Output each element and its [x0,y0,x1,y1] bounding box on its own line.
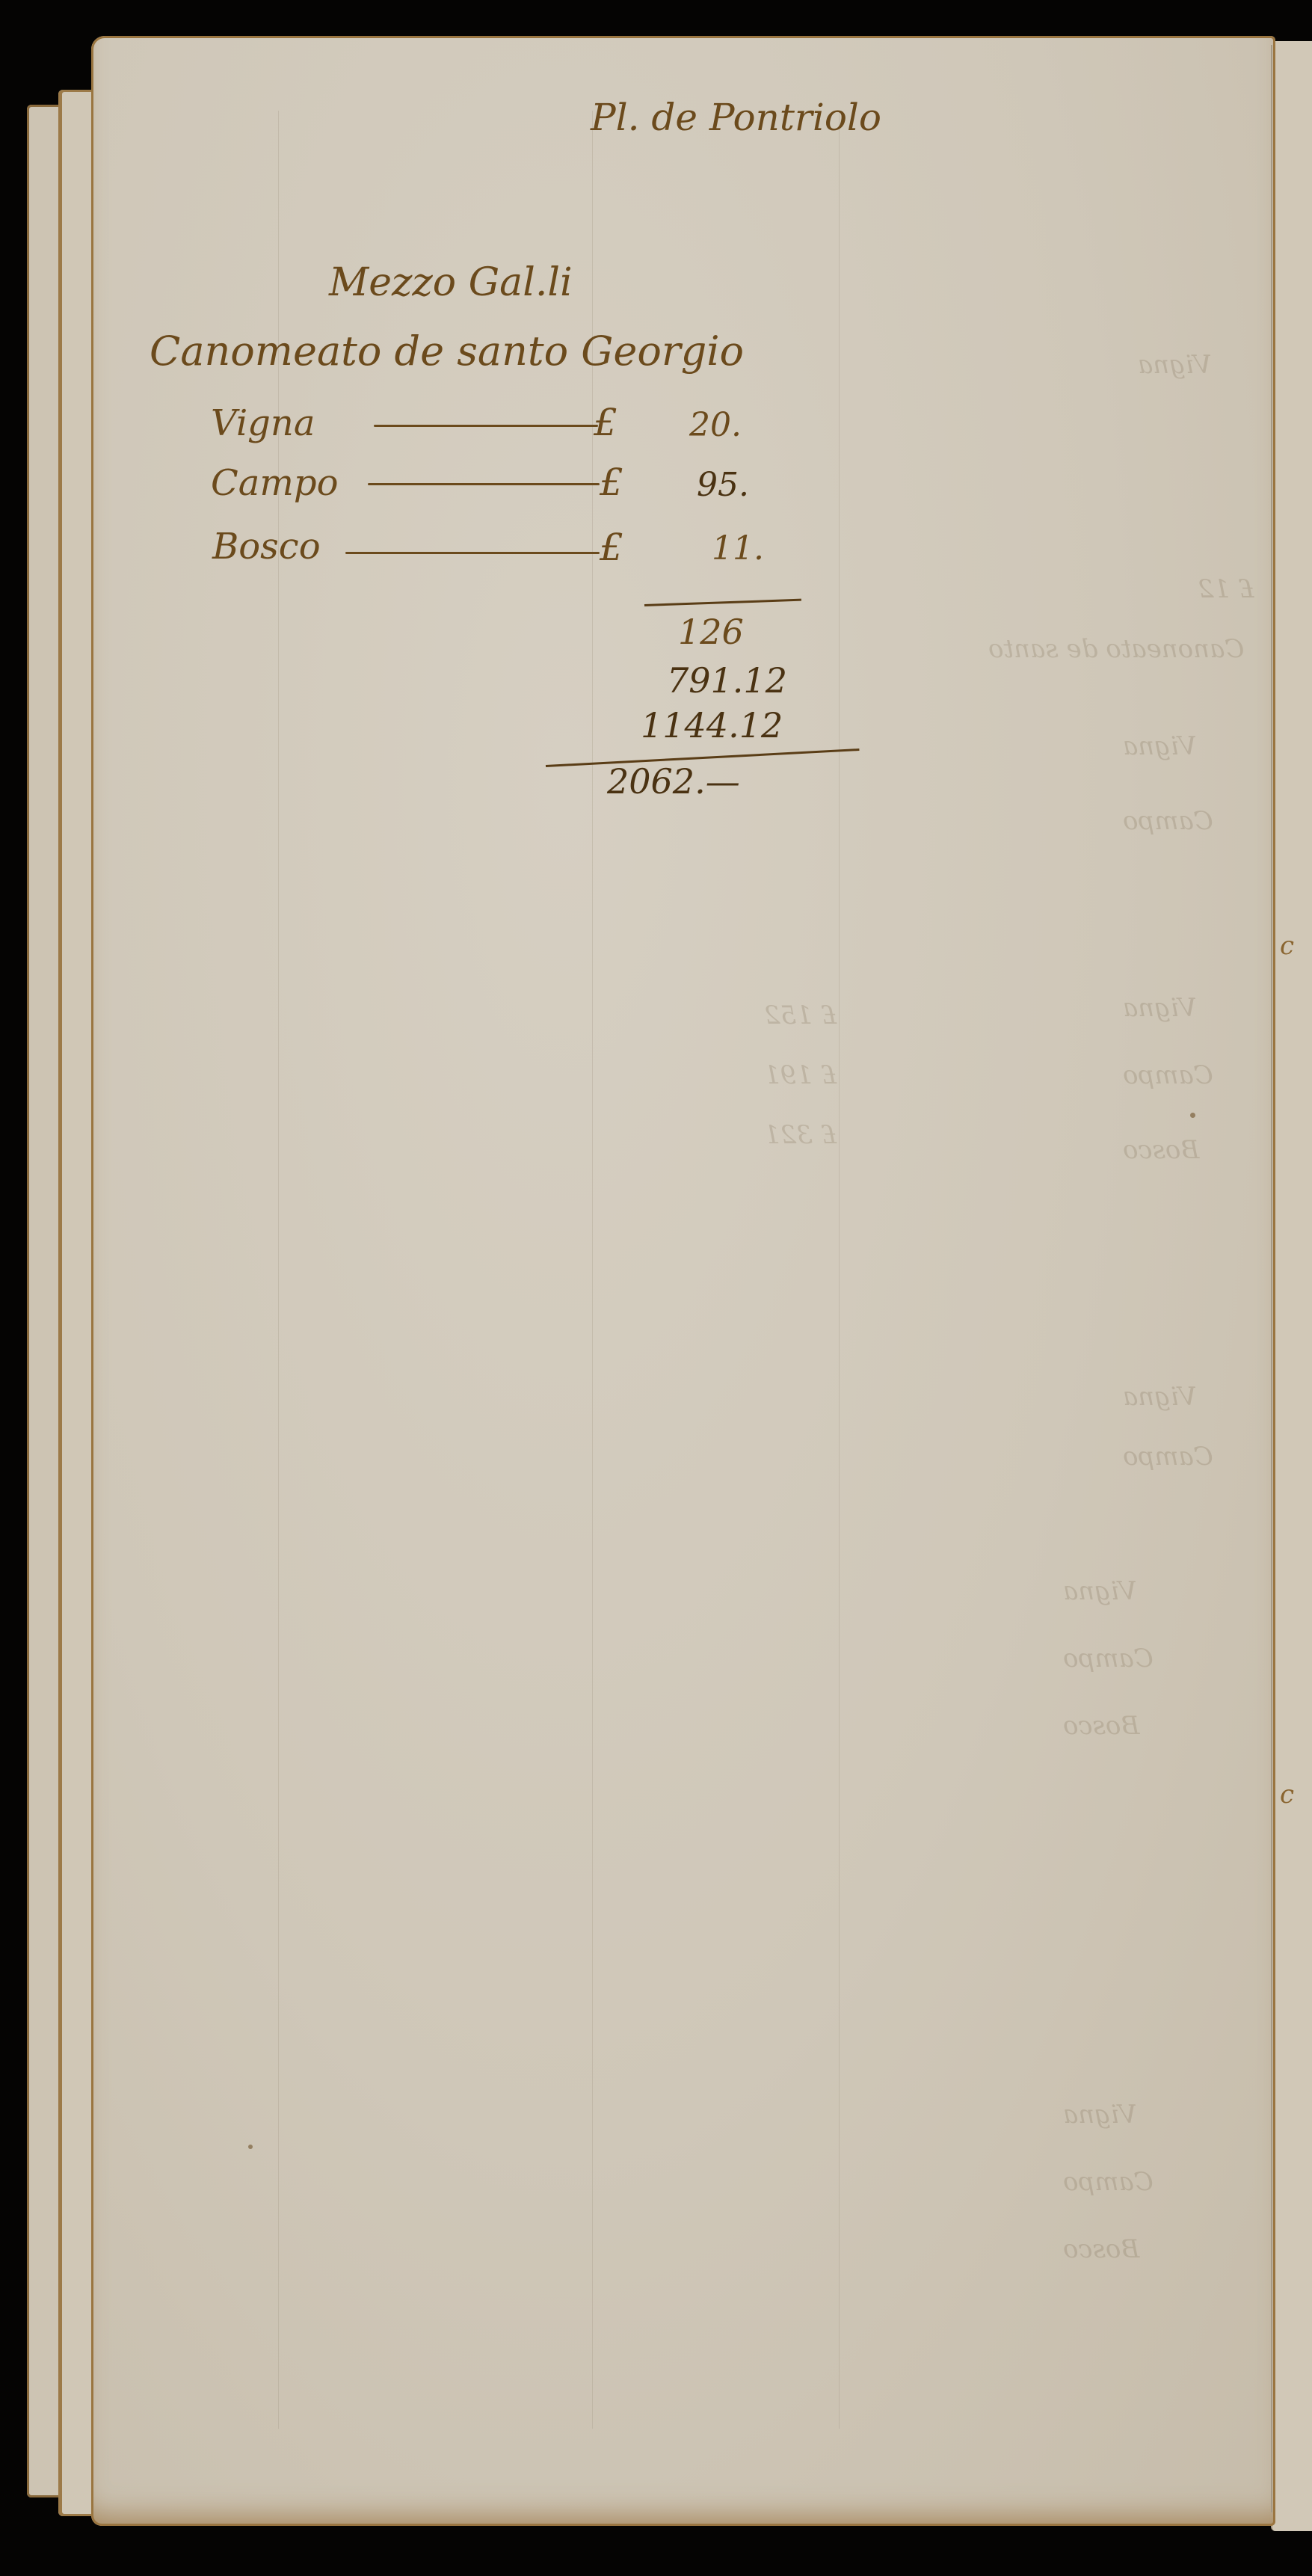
entry-value: 11. [712,529,764,568]
leader-line [374,425,598,427]
bleed-through-text: Vigna [1123,1382,1197,1412]
sum-rule [644,599,801,606]
bleed-through-text: Bosco [1063,2234,1139,2264]
bleed-through-text: Campo [1063,2167,1154,2197]
addend: 791.12 [667,660,787,701]
currency-sign: £ [600,461,623,504]
currency-sign: £ [594,401,617,444]
ruling-line [839,111,840,2429]
entry-title: Canomeato de santo Georgio [150,328,744,375]
entry-value: 95. [697,466,749,504]
bleed-through-text: £ 191 [764,1060,837,1090]
addend: 1144.12 [641,705,783,746]
bleed-through-text: £ 12 [1198,574,1254,604]
ink-speck [248,2145,253,2149]
entry-label: Bosco [212,526,321,568]
entry-label: Campo [211,462,338,504]
bleed-through-text: Campo [1123,1442,1213,1472]
bleed-through-text: Bosco [1063,1711,1139,1741]
bleed-through-text: Vigna [1138,350,1212,380]
bleed-through-text: Canoneato de santo [988,634,1244,664]
leader-line [368,483,600,485]
page-header: Pl. de Pontriolo [591,96,881,139]
bleed-through-text: Campo [1123,806,1213,836]
ruling-line [592,111,593,2429]
bleed-through-text: Vigna [1123,731,1197,761]
ruling-line [278,111,279,2429]
bleed-through-text: Campo [1063,1644,1154,1673]
bleed-through-text: Campo [1123,1060,1213,1090]
ink-speck [1190,1113,1195,1118]
subtotal: 126 [678,612,744,652]
manuscript-page: Vigna £ 12 Canoneato de santo Vigna Camp… [91,36,1275,2526]
entry-value: 20. [689,406,742,444]
leader-line [345,552,600,554]
bleed-through-text: £ 152 [764,1000,837,1030]
bleed-through-text: Vigna [1063,1576,1137,1606]
page-fold [1271,45,1272,2512]
adjacent-page-edge [1271,41,1312,2531]
bleed-through-text: Vigna [1063,2100,1137,2130]
bleed-through-text: £ 321 [764,1120,837,1150]
currency-sign: £ [600,526,623,569]
entry-label: Vigna [211,402,315,444]
bleed-through-text: Bosco [1123,1135,1199,1165]
bleed-through-text: Vigna [1123,993,1197,1023]
grand-total: 2062.— [607,761,740,802]
section-title: Mezzo Gal.li [329,260,573,305]
